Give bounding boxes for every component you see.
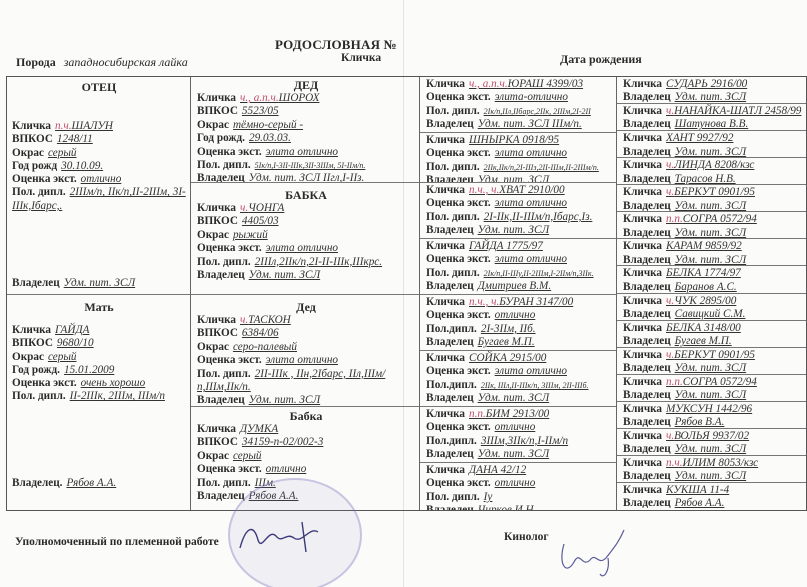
grandparent-heading: БАБКА — [197, 188, 415, 202]
header-birthdate-label: Дата рождения — [560, 52, 642, 67]
gg-grandparent-name: СОГРА 0572/94 — [683, 213, 757, 225]
gg-grandparent-cell: КличкаКАРАМ 9859/92ВладелецУдм. пит. ЗСЛ — [617, 239, 806, 266]
gg-grandparent-name: ХАНТ 9927/92 — [666, 132, 733, 144]
document-title: РОДОСЛОВНАЯ № — [275, 37, 397, 53]
gg-grandparent-name: ЛИНДА 8208/кзс — [674, 159, 754, 171]
mother-diplomas: II-2IIIк, 2IIIм, IIIм/п — [70, 390, 165, 402]
father-eval: отлично — [81, 173, 122, 185]
father-cell: ОТЕЦ Кличкап.ч.ШАЛУН ВПКОС1248/11 Окрасс… — [7, 77, 190, 295]
gg-grandparent-cell: Кличкач.ЧУК 2895/00ВладелецСавицкий С.М. — [617, 294, 806, 321]
grandparent-name: ШОРОХ — [279, 92, 320, 104]
pedigree-table: ОТЕЦ Кличкап.ч.ШАЛУН ВПКОС1248/11 Окрасс… — [6, 76, 807, 511]
gg-grandparent-name: БЕРКУТ 0901/95 — [674, 349, 755, 361]
father-heading: ОТЕЦ — [12, 80, 186, 94]
gg-grandparent-name: ИЛИМ 8053/кзс — [683, 457, 759, 469]
mother-owner: Рябов А.А. — [66, 477, 116, 489]
grandparent-heading: ДЕД — [197, 78, 415, 92]
authorized-signature-label: Уполномоченный по племенной работе — [15, 536, 219, 548]
father-birth: 30.10.09. — [61, 160, 103, 172]
father-color: серый — [48, 147, 77, 159]
father-title: п.ч. — [55, 120, 72, 132]
grandparent-cell-1: БАБКА Кличкач.ЧОНГА ВПКОС4405/03 Окрасры… — [191, 183, 419, 295]
mother-heading: Мать — [12, 300, 186, 314]
gg-grandparent-name: КУКША 11-4 — [666, 484, 729, 496]
gg-grandparent-cell: Кличкап.п.СОГРА 0572/94ВладелецУдм. пит.… — [617, 212, 806, 239]
gg-grandparent-cell: КличкаБЕЛКА 3148/00ВладелецБугаев М.П. — [617, 321, 806, 348]
great-grandparent-cell: КличкаДАНА 42/12Оценка экст.отличноПол. … — [420, 463, 616, 510]
gg-grandparent-name: ВОЛЬЯ 9937/02 — [674, 430, 749, 442]
father-name: ШАЛУН — [72, 120, 113, 132]
great-grandparent-name: ГАЙДА 1775/97 — [469, 240, 543, 252]
authorized-signature — [232, 518, 332, 558]
gg-grandparent-cell: КличкаБЕЛКА 1774/97ВладелецБаранов А.С. — [617, 266, 806, 293]
great-grandparent-name: ХВАТ 2910/00 — [499, 184, 564, 196]
father-vpkos: 1248/11 — [57, 133, 93, 145]
grandparent-name: ДУМКА — [240, 423, 278, 435]
gg-grandparent-cell: Кличкач.ЛИНДА 8208/кзсВладелецТарасов Н.… — [617, 158, 806, 185]
mother-name: ГАЙДА — [55, 324, 89, 336]
gg-grandparent-cell: Кличкач.БЕРКУТ 0901/95ВладелецУдм. пит. … — [617, 348, 806, 375]
grandparents-column: ДЕД Кличкач., а.п.ч.ШОРОХ ВПКОС5523/05 О… — [191, 77, 420, 510]
gg-grandparent-name: БЕЛКА 1774/97 — [666, 267, 741, 279]
gg-grandparent-name: СУДАРЬ 2916/00 — [666, 78, 747, 90]
parents-column: ОТЕЦ Кличкап.ч.ШАЛУН ВПКОС1248/11 Окрасс… — [7, 77, 191, 510]
gg-grandparent-name: ЧУК 2895/00 — [674, 295, 736, 307]
father-owner: Удм. пит. ЗСЛ — [64, 277, 135, 289]
great-grandparent-name: БИМ 2913/00 — [486, 408, 549, 420]
mother-color: серый — [48, 351, 77, 363]
cynologist-signature-label: Кинолог — [504, 531, 549, 543]
great-grandparent-name: БУРАН 3147/00 — [499, 296, 573, 308]
gg-grandparent-cell: Кличкап.ч.ИЛИМ 8053/кзсВладелецУдм. пит.… — [617, 456, 806, 483]
gg-grandparent-name: БЕЛКА 3148/00 — [666, 322, 741, 334]
grandparent-name: ТАСКОН — [248, 314, 291, 326]
breed-label: Порода — [16, 55, 56, 69]
great-grandparent-cell: Кличкап.ч., ч.ХВАТ 2910/00Оценка экст.эл… — [420, 183, 616, 239]
great-grandparent-cell: Кличкач., а.п.ч.ЮРАШ 4399/03Оценка экст.… — [420, 77, 616, 133]
grandparent-name: ЧОНГА — [248, 202, 284, 214]
gg-grandparent-cell: КличкаХАНТ 9927/92ВладелецУдм. пит. ЗСЛ — [617, 131, 806, 158]
breed-value: западносибирская лайка — [64, 55, 188, 69]
great-grandparent-name: ЮРАШ 4399/03 — [508, 78, 583, 90]
grandparent-cell-2: Дед Кличкач.ТАСКОН ВПКОС6384/06 Окрассер… — [191, 295, 419, 407]
great-grandparents-column: Кличкач., а.п.ч.ЮРАШ 4399/03Оценка экст.… — [420, 77, 617, 510]
gg-grandparent-cell: КличкаМУКСУН 1442/96ВладелецРябов В.А. — [617, 402, 806, 429]
gg-grandparent-cell: КличкаКУКША 11-4ВладелецРябов А.А. — [617, 483, 806, 510]
grandparent-cell-0: ДЕД Кличкач., а.п.ч.ШОРОХ ВПКОС5523/05 О… — [191, 77, 419, 183]
great-grandparent-cell: Кличкап.ч., ч.БУРАН 3147/00Оценка экст.о… — [420, 295, 616, 351]
gg-grandparent-cell: Кличкап.п.СОГРА 0572/94ВладелецУдм. пит.… — [617, 375, 806, 402]
breed-line: Породазападносибирская лайка — [16, 55, 188, 70]
gg-grandparent-cell: Кличкач.ВОЛЬЯ 9937/02ВладелецУдм. пит. З… — [617, 429, 806, 456]
mother-eval: очень хорошо — [81, 377, 146, 389]
gg-grandparent-cell: КличкаСУДАРЬ 2916/00ВладелецУдм. пит. ЗС… — [617, 77, 806, 104]
great-grandparent-cell: КличкаШНЫРКА 0918/95Оценка экст.элита от… — [420, 133, 616, 183]
great-grandparent-cell: КличкаГАЙДА 1775/97Оценка экст.элита отл… — [420, 239, 616, 295]
gg-grandparent-cell: Кличкач.БЕРКУТ 0901/95ВладелецУдм. пит. … — [617, 185, 806, 212]
great-grandparent-name: ШНЫРКА 0918/95 — [469, 134, 559, 146]
gg-grandparent-name: БЕРКУТ 0901/95 — [674, 186, 755, 198]
mother-cell: Мать КличкаГАЙДА ВПКОС9680/10 Окрассерый… — [7, 295, 190, 510]
great-grandparent-name: СОЙКА 2915/00 — [469, 352, 546, 364]
gg-grandparent-name: СОГРА 0572/94 — [683, 376, 757, 388]
mother-birth: 15.01.2009 — [64, 364, 114, 376]
gg-grandparent-name: НАНАЙКА-ШАТЛ 2458/99 — [674, 105, 801, 117]
gg-grandparent-name: КАРАМ 9859/92 — [666, 240, 742, 252]
grandparent-heading: Бабка — [197, 409, 415, 423]
great-grandparent-name: ДАНА 42/12 — [469, 464, 526, 476]
great-grandparent-cell: Кличкап.п.БИМ 2913/00Оценка экст.отлично… — [420, 407, 616, 463]
gg-grandparent-name: МУКСУН 1442/96 — [666, 403, 752, 415]
great-grandparent-cell: КличкаСОЙКА 2915/00Оценка экст.элита отл… — [420, 351, 616, 407]
cynologist-signature — [552, 524, 642, 584]
header-nickname-label: Кличка — [341, 52, 381, 64]
mother-vpkos: 9680/10 — [57, 337, 94, 349]
gg-grandparents-column: КличкаСУДАРЬ 2916/00ВладелецУдм. пит. ЗС… — [617, 77, 806, 510]
grandparent-heading: Дед — [197, 300, 415, 314]
gg-grandparent-cell: Кличкач.НАНАЙКА-ШАТЛ 2458/99ВладелецШату… — [617, 104, 806, 131]
